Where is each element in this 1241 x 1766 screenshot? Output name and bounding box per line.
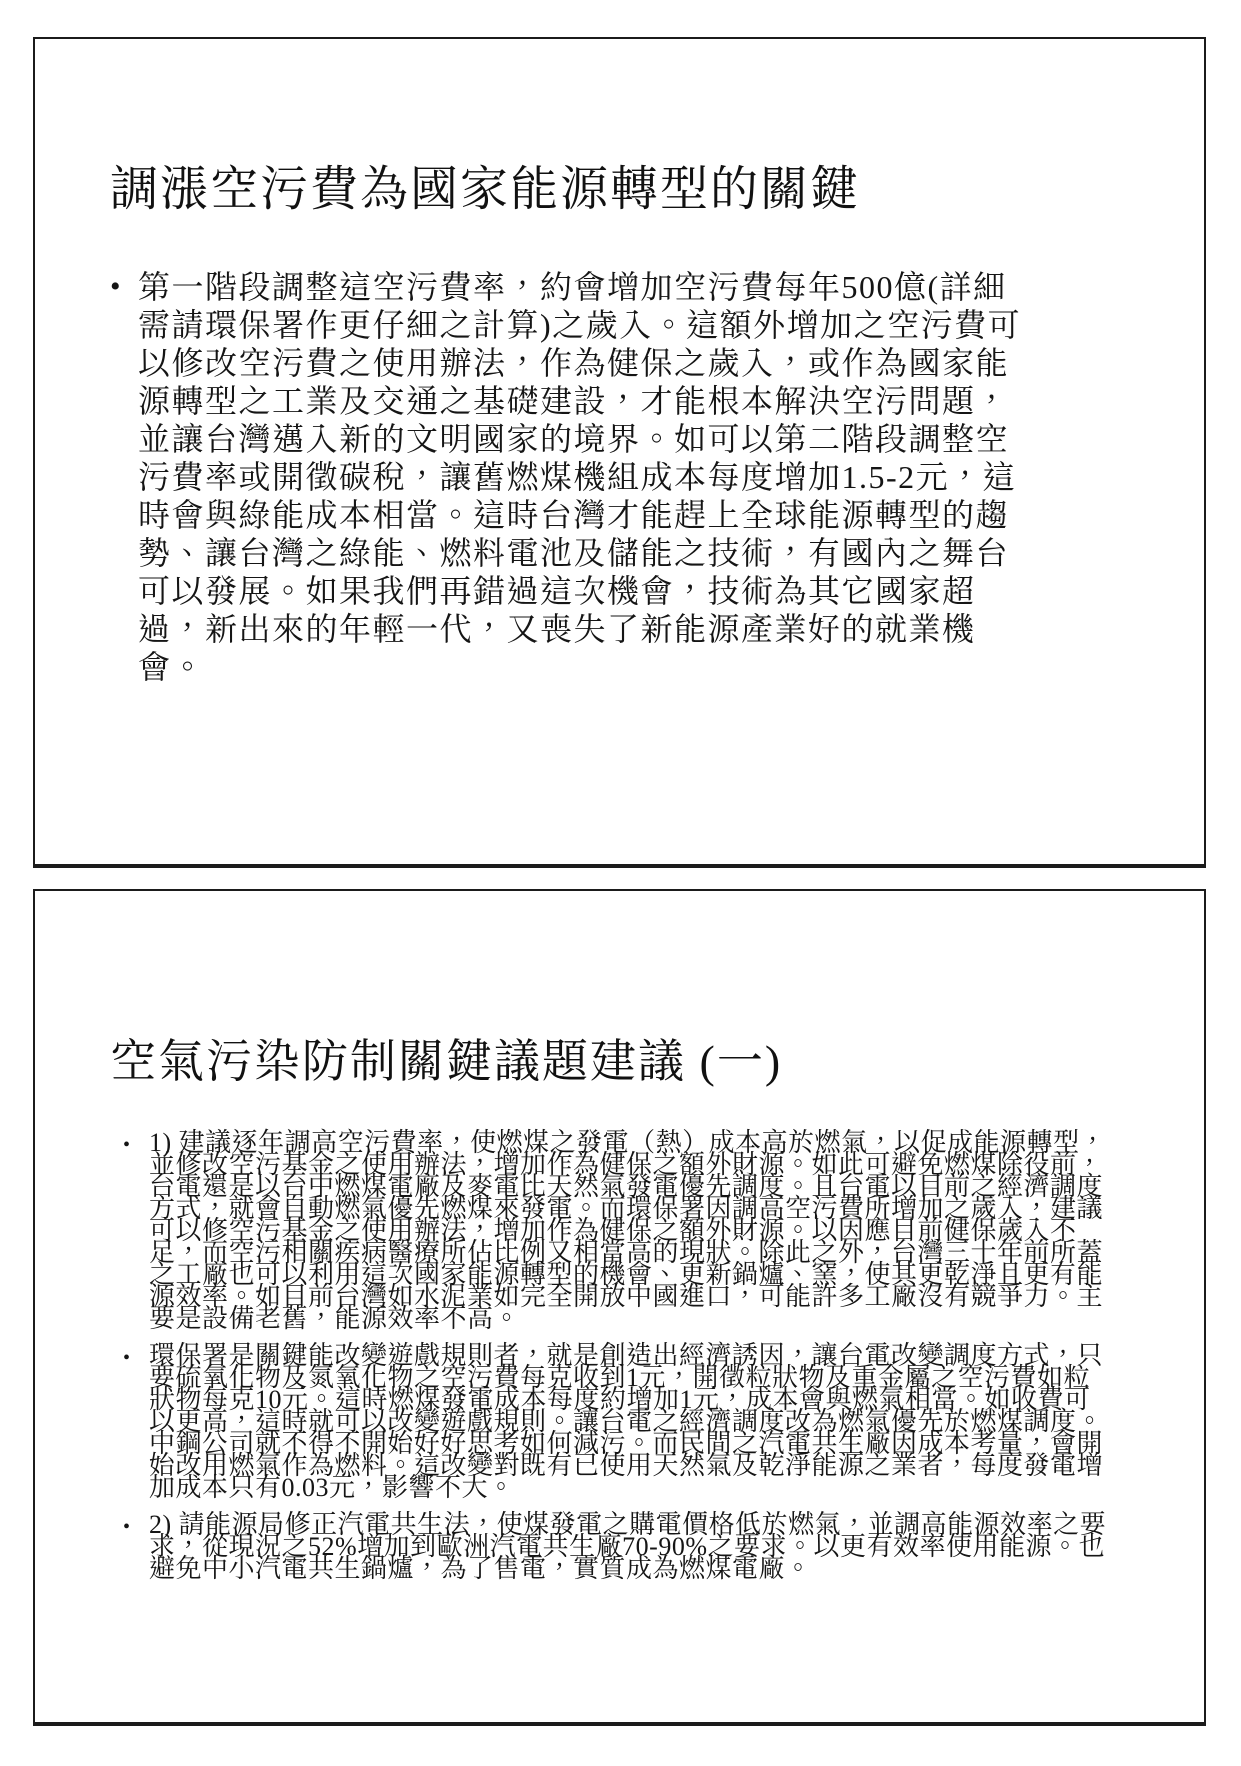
page: 調漲空污費為國家能源轉型的關鍵 第一階段調整這空污費率，約會增加空污費每年500… (0, 0, 1241, 1766)
bullet-text: 1) 建議逐年調高空污費率，使燃煤之發電（熱）成本高於燃氣，以促成能源轉型，並修… (149, 1132, 1110, 1330)
bullet-item: 2) 請能源局修正汽電共生法，使煤發電之購電價格低於燃氣，並調高能源效率之要求，… (123, 1514, 1110, 1580)
bullet-text: 第一階段調整這空污費率，約會增加空污費每年500億(詳細需請環保署作更仔細之計算… (138, 268, 1040, 686)
slide-2: 空氣污染防制關鍵議題建議 (一) 1) 建議逐年調高空污費率，使燃煤之發電（熱）… (33, 889, 1206, 1726)
bullet-item: 第一階段調整這空污費率，約會增加空污費每年500億(詳細需請環保署作更仔細之計算… (110, 268, 1040, 686)
bullet-text: 環保署是關鍵能改變遊戲規則者，就是創造出經濟誘因，讓台電改變調度方式，只要硫氧化… (149, 1345, 1110, 1499)
bullet-marker-icon (123, 1345, 149, 1371)
slide-1-body: 第一階段調整這空污費率，約會增加空污費每年500億(詳細需請環保署作更仔細之計算… (35, 268, 1040, 686)
bullet-text: 2) 請能源局修正汽電共生法，使煤發電之購電價格低於燃氣，並調高能源效率之要求，… (149, 1514, 1110, 1580)
slide-1-title: 調漲空污費為國家能源轉型的關鍵 (35, 165, 1204, 215)
slide-2-title: 空氣污染防制關鍵議題建議 (一) (35, 1038, 1204, 1086)
bullet-item: 1) 建議逐年調高空污費率，使燃煤之發電（熱）成本高於燃氣，以促成能源轉型，並修… (123, 1132, 1110, 1330)
bullet-item: 環保署是關鍵能改變遊戲規則者，就是創造出經濟誘因，讓台電改變調度方式，只要硫氧化… (123, 1345, 1110, 1499)
bullet-marker-icon (123, 1132, 149, 1158)
bullet-marker-icon (110, 268, 138, 306)
slide-2-body: 1) 建議逐年調高空污費率，使燃煤之發電（熱）成本高於燃氣，以促成能源轉型，並修… (35, 1132, 1110, 1580)
slide-1: 調漲空污費為國家能源轉型的關鍵 第一階段調整這空污費率，約會增加空污費每年500… (33, 37, 1206, 868)
bullet-marker-icon (123, 1514, 149, 1540)
